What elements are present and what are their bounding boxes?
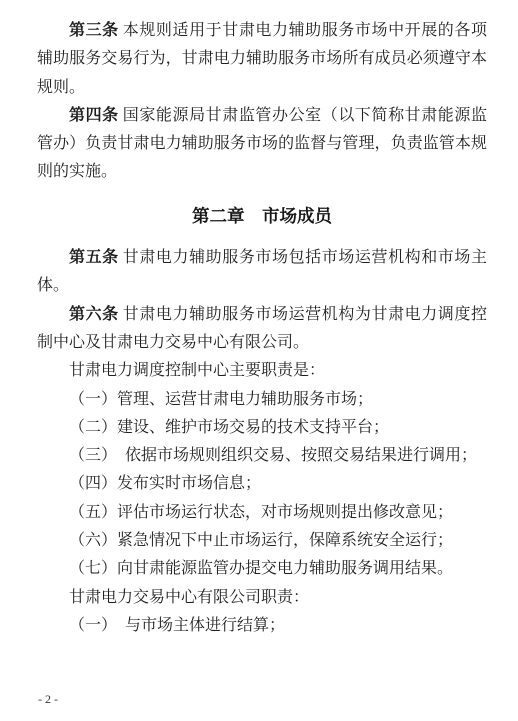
chapter-heading: 第二章 市场成员 — [37, 202, 487, 230]
paragraph-article-5: 第五条甘肃电力辅助服务市场包括市场运营机构和市场主体。 — [37, 244, 487, 301]
list-item-1: （一）管理、运营甘肃电力辅助服务市场； — [37, 386, 487, 414]
list-item-5: （五）评估市场运行状态，对市场规则提出修改意见； — [37, 499, 487, 527]
list-item-3: （三） 依据市场规则组织交易、按照交易结果进行调用； — [37, 442, 487, 470]
paragraph-article-4: 第四条国家能源局甘肃监管办公室（以下简称甘肃能源监管办）负责甘肃电力辅助服务市场… — [37, 102, 487, 187]
document-page: 第三条本规则适用于甘肃电力辅助服务市场中开展的各项辅助服务交易行为，甘肃电力辅助… — [0, 0, 518, 721]
list-item-settlement: （一） 与市场主体进行结算； — [37, 612, 487, 640]
article-number: 第五条 — [69, 249, 119, 266]
paragraph-article-3: 第三条本规则适用于甘肃电力辅助服务市场中开展的各项辅助服务交易行为，甘肃电力辅助… — [37, 17, 487, 102]
paragraph-duties-intro-2: 甘肃电力交易中心有限公司职责： — [37, 584, 487, 612]
paragraph-duties-intro: 甘肃电力调度控制中心主要职责是： — [37, 357, 487, 385]
list-item-7: （七）向甘肃能源监管办提交电力辅助服务调用结果。 — [37, 555, 487, 583]
list-item-2: （二）建设、维护市场交易的技术支持平台； — [37, 414, 487, 442]
article-number: 第四条 — [69, 107, 119, 124]
page-number: - 2 - — [38, 692, 58, 706]
list-item-6: （六）紧急情况下中止市场运行，保障系统安全运行； — [37, 527, 487, 555]
article-number: 第三条 — [69, 22, 119, 39]
paragraph-article-6: 第六条甘肃电力辅助服务市场运营机构为甘肃电力调度控制中心及甘肃电力交易中心有限公… — [37, 301, 487, 358]
article-number: 第六条 — [69, 306, 119, 323]
list-item-4: （四）发布实时市场信息； — [37, 470, 487, 498]
